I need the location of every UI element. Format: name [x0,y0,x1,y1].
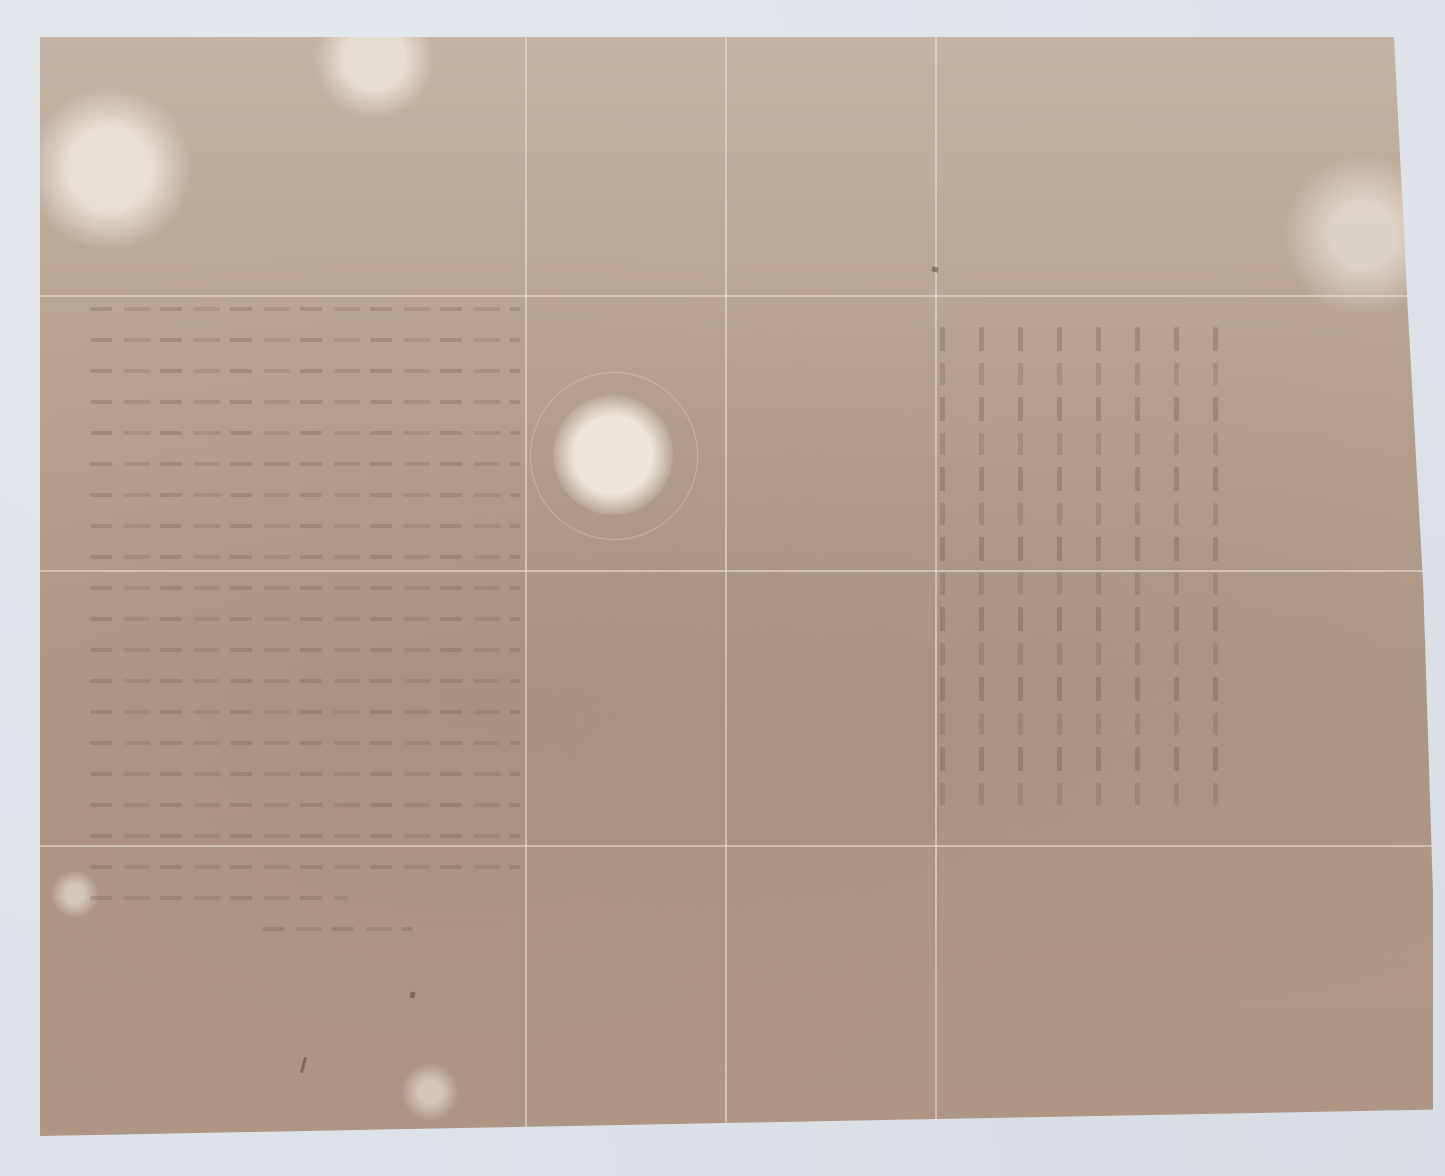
bleed-through-handwriting-right [940,327,1218,807]
fold-line-vertical [725,37,727,1136]
fold-line-vertical [935,37,937,1136]
ink-spot [409,991,415,998]
bleed-through-handwriting-left [90,307,520,958]
fold-line-vertical [525,37,527,1136]
wax-seal-mark [553,395,673,515]
fold-line-horizontal [40,295,1433,297]
letter-sheet [40,37,1433,1136]
ink-spot [931,266,938,272]
ink-spot [300,1057,307,1073]
